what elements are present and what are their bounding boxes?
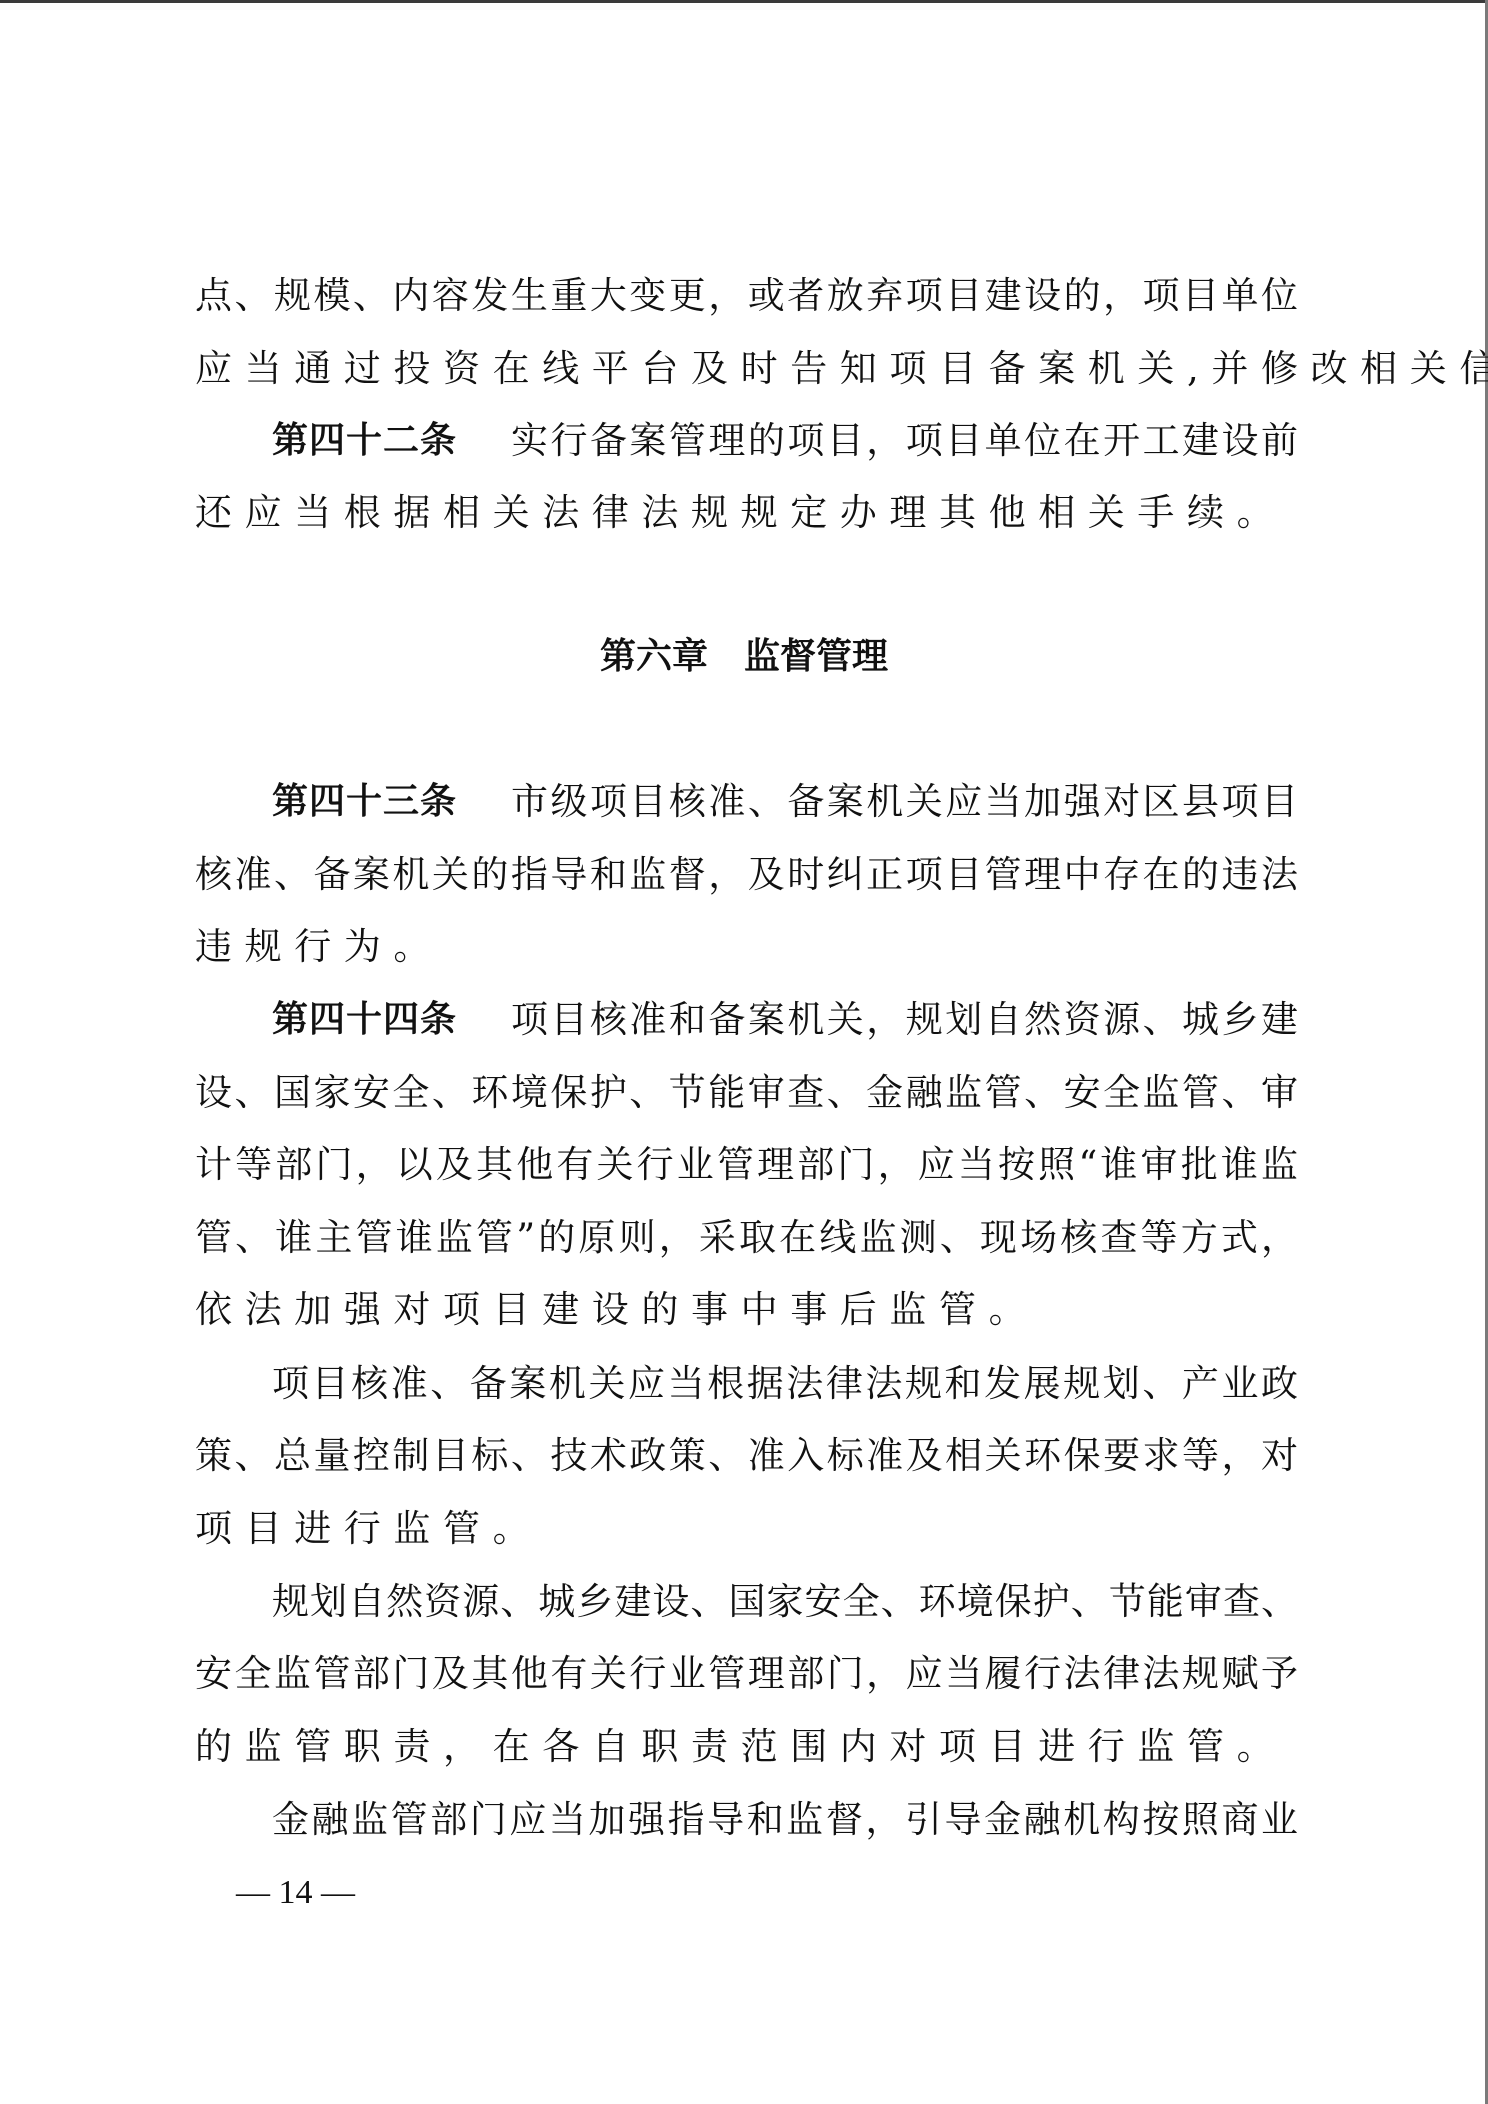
text-line: 设、国家安全、环境保护、节能审查、金融监管、安全监管、审 bbox=[195, 1068, 1298, 1118]
text-line: 规划自然资源、城乡建设、国家安全、环境保护、节能审查、 bbox=[272, 1577, 1298, 1627]
page-number: — 14 — bbox=[236, 1870, 355, 1916]
text-line: 核准、备案机关的指导和监督，及时纠正项目管理中存在的违法 bbox=[195, 850, 1298, 900]
page-top-border bbox=[0, 0, 1488, 3]
text-line: 项目核准和备案机关，规划自然资源、城乡建 bbox=[511, 995, 1298, 1045]
text-line: 还应当根据相关法律法规规定办理其他相关手续。 bbox=[195, 488, 1298, 538]
text-line: 计等部门，以及其他有关行业管理部门，应当按照“谁审批谁监 bbox=[195, 1140, 1298, 1190]
text-line: 的监管职责，在各自职责范围内对项目进行监管。 bbox=[195, 1722, 1298, 1772]
article-label: 第四十三条 bbox=[272, 777, 472, 827]
text-line: 点、规模、内容发生重大变更，或者放弃项目建设的，项目单位 bbox=[195, 271, 1298, 321]
text-line: 依法加强对项目建设的事中事后监管。 bbox=[195, 1285, 1298, 1335]
article-label: 第四十二条 bbox=[272, 416, 472, 466]
text-line: 项目进行监管。 bbox=[195, 1504, 1298, 1554]
text-line: 策、总量控制目标、技术政策、准入标准及相关环保要求等，对 bbox=[195, 1431, 1298, 1481]
text-line: 应当通过投资在线平台及时告知项目备案机关,并修改相关信息。 bbox=[195, 344, 1298, 394]
text-line: 安全监管部门及其他有关行业管理部门，应当履行法律法规赋予 bbox=[195, 1649, 1298, 1699]
text-line: 市级项目核准、备案机关应当加强对区县项目 bbox=[511, 777, 1298, 827]
text-line: 违规行为。 bbox=[195, 922, 1298, 972]
chapter-heading: 第六章 监督管理 bbox=[0, 632, 1488, 682]
text-line: 金融监管部门应当加强指导和监督，引导金融机构按照商业 bbox=[272, 1795, 1298, 1845]
article-label: 第四十四条 bbox=[272, 995, 472, 1045]
text-line: 管、谁主管谁监管”的原则，采取在线监测、现场核查等方式， bbox=[195, 1213, 1298, 1263]
text-line: 实行备案管理的项目，项目单位在开工建设前 bbox=[511, 416, 1298, 466]
text-line: 项目核准、备案机关应当根据法律法规和发展规划、产业政 bbox=[272, 1359, 1298, 1409]
